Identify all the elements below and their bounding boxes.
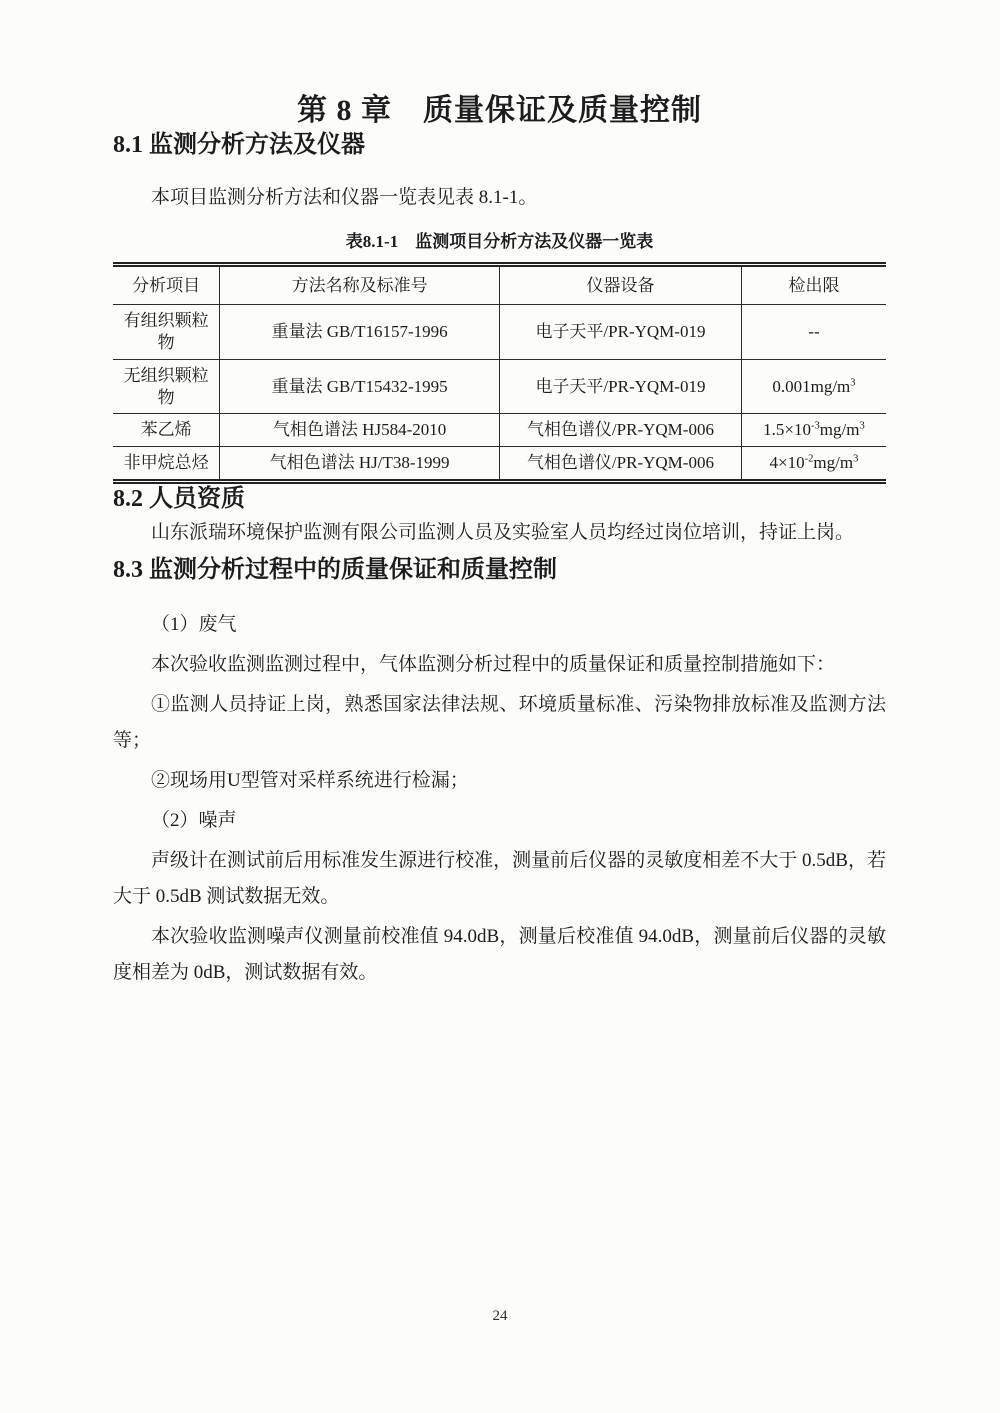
cell-detection-limit: 1.5×10-3mg/m3 — [741, 414, 886, 447]
paragraph-measure-1: ①监测人员持证上岗，熟悉国家法律法规、环境质量标准、污染物排放标准及监测方法等； — [113, 687, 886, 759]
cell-method: 重量法 GB/T16157-1996 — [220, 305, 500, 360]
section-8-3-body: （1）废气 本次验收监测监测过程中，气体监测分析过程中的质量保证和质量控制措施如… — [113, 607, 886, 991]
col-header-detection-limit: 检出限 — [741, 264, 886, 305]
table-row: 无组织颗粒物 重量法 GB/T15432-1995 电子天平/PR-YQM-01… — [113, 359, 886, 414]
paragraph-qa-intro: 本次验收监测监测过程中，气体监测分析过程中的质量保证和质量控制措施如下： — [113, 647, 886, 683]
cell-instrument: 气相色谱仪/PR-YQM-006 — [499, 447, 741, 482]
section-8-2-heading: 8.2 人员资质 — [113, 484, 886, 515]
limit-superscript: 3 — [850, 377, 855, 388]
chapter-title: 第 8 章 质量保证及质量控制 — [113, 92, 886, 130]
cell-method: 气相色谱法 HJ/T38-1999 — [220, 447, 500, 482]
cell-method: 气相色谱法 HJ584-2010 — [220, 414, 500, 447]
cell-detection-limit: -- — [741, 305, 886, 360]
cell-instrument: 气相色谱仪/PR-YQM-006 — [499, 414, 741, 447]
list-item-noise: （2）噪声 — [113, 803, 886, 839]
cell-method: 重量法 GB/T15432-1995 — [220, 359, 500, 414]
limit-superscript: 3 — [859, 421, 864, 432]
section-8-2-paragraph: 山东派瑞环境保护监测有限公司监测人员及实验室人员均经过岗位培训，持证上岗。 — [113, 515, 886, 551]
paragraph-noise-result: 本次验收监测噪声仪测量前校准值 94.0dB，测量后校准值 94.0dB，测量前… — [113, 919, 886, 991]
cell-analysis-item: 有组织颗粒物 — [113, 305, 220, 360]
paragraph-measure-2: ②现场用U型管对采样系统进行检漏； — [113, 763, 886, 799]
page-number: 24 — [0, 1308, 1000, 1325]
methods-table: 分析项目 方法名称及标准号 仪器设备 检出限 有组织颗粒物 重量法 GB/T16… — [113, 262, 886, 484]
cell-detection-limit: 4×10-2mg/m3 — [741, 447, 886, 482]
cell-detection-limit: 0.001mg/m3 — [741, 359, 886, 414]
section-8-1-heading: 8.1 监测分析方法及仪器 — [113, 130, 886, 161]
limit-text: mg/m — [820, 420, 860, 439]
limit-text: 0.001mg/m — [772, 377, 850, 396]
col-header-analysis-item: 分析项目 — [113, 264, 220, 305]
section-8-3-heading: 8.3 监测分析过程中的质量保证和质量控制 — [113, 555, 886, 586]
table-row: 苯乙烯 气相色谱法 HJ584-2010 气相色谱仪/PR-YQM-006 1.… — [113, 414, 886, 447]
limit-text: 1.5×10 — [763, 420, 811, 439]
limit-superscript: 3 — [853, 454, 858, 465]
limit-text: 4×10 — [770, 453, 805, 472]
table-row: 非甲烷总烃 气相色谱法 HJ/T38-1999 气相色谱仪/PR-YQM-006… — [113, 447, 886, 482]
table-header-row: 分析项目 方法名称及标准号 仪器设备 检出限 — [113, 264, 886, 305]
document-page: 第 8 章 质量保证及质量控制 8.1 监测分析方法及仪器 本项目监测分析方法和… — [0, 0, 1000, 1413]
cell-analysis-item: 非甲烷总烃 — [113, 447, 220, 482]
table-caption: 表8.1-1 监测项目分析方法及仪器一览表 — [113, 231, 886, 253]
paragraph-noise-calibration: 声级计在测试前后用标准发生源进行校准，测量前后仪器的灵敏度相差不大于 0.5dB… — [113, 843, 886, 915]
cell-instrument: 电子天平/PR-YQM-019 — [499, 305, 741, 360]
section-8-1-intro: 本项目监测分析方法和仪器一览表见表 8.1-1。 — [113, 180, 886, 216]
limit-text: mg/m — [813, 453, 853, 472]
cell-analysis-item: 苯乙烯 — [113, 414, 220, 447]
col-header-instrument: 仪器设备 — [499, 264, 741, 305]
limit-superscript: -3 — [811, 421, 820, 432]
cell-analysis-item: 无组织颗粒物 — [113, 359, 220, 414]
table-row: 有组织颗粒物 重量法 GB/T16157-1996 电子天平/PR-YQM-01… — [113, 305, 886, 360]
list-item-exhaust-gas: （1）废气 — [113, 607, 886, 643]
limit-text: -- — [808, 322, 819, 341]
col-header-method-standard: 方法名称及标准号 — [220, 264, 500, 305]
cell-instrument: 电子天平/PR-YQM-019 — [499, 359, 741, 414]
